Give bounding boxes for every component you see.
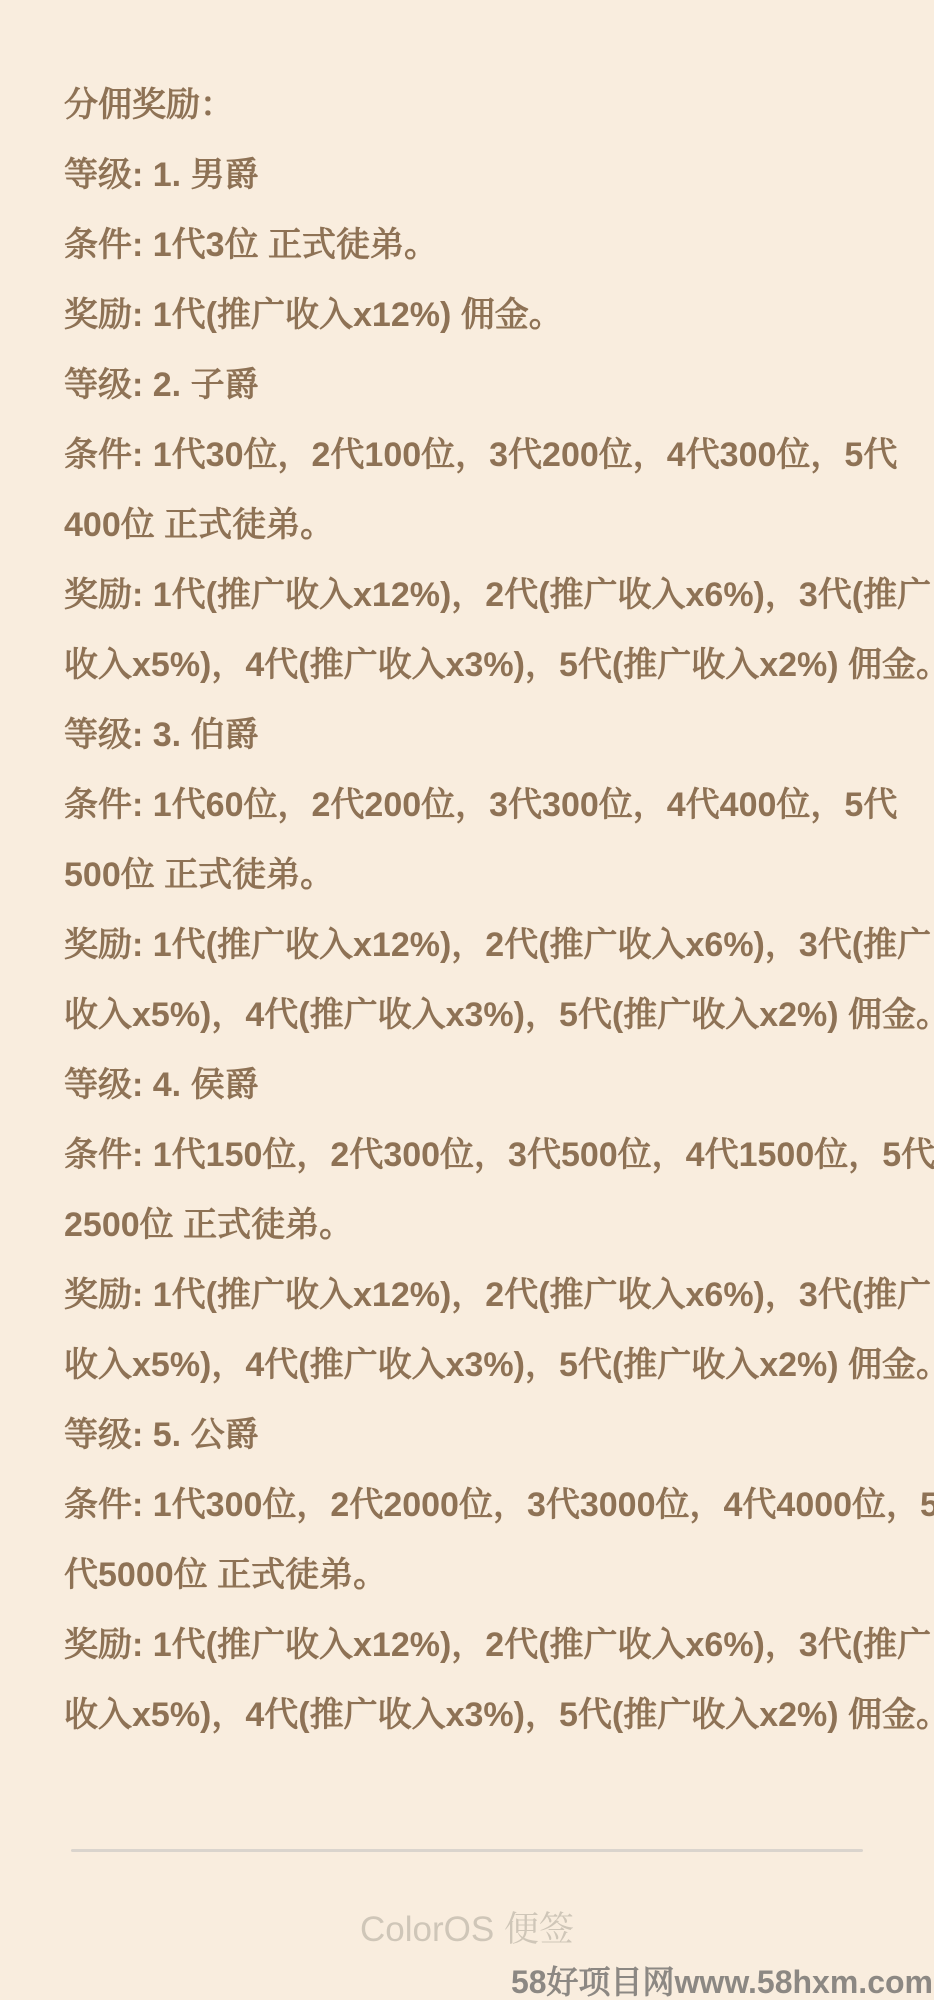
note-line: 收入x5%)，4代(推广收入x3%)，5代(推广收入x2%) 佣金。: [64, 1330, 904, 1400]
note-line: 500位 正式徒弟。: [64, 840, 904, 910]
note-line: 条件: 1代3位 正式徒弟。: [64, 210, 904, 280]
note-line: 奖励: 1代(推广收入x12%)，2代(推广收入x6%)，3代(推广: [64, 1610, 904, 1680]
note-line: 条件: 1代150位，2代300位，3代500位，4代1500位，5代: [64, 1120, 904, 1190]
footer-divider: [71, 1849, 863, 1852]
note-line: 奖励: 1代(推广收入x12%) 佣金。: [64, 280, 904, 350]
site-watermark: 58好项目网www.58hxm.com: [511, 1962, 933, 2000]
note-line: 400位 正式徒弟。: [64, 490, 904, 560]
note-line: 收入x5%)，4代(推广收入x3%)，5代(推广收入x2%) 佣金。: [64, 630, 904, 700]
note-line: 收入x5%)，4代(推广收入x3%)，5代(推广收入x2%) 佣金。: [64, 980, 904, 1050]
note-line: 条件: 1代60位，2代200位，3代300位，4代400位，5代: [64, 770, 904, 840]
note-line: 等级: 3. 伯爵: [64, 700, 904, 770]
note-line: 等级: 1. 男爵: [64, 140, 904, 210]
app-brand-label: ColorOS 便签: [0, 1908, 934, 1952]
note-line: 2500位 正式徒弟。: [64, 1190, 904, 1260]
note-line: 条件: 1代300位，2代2000位，3代3000位，4代4000位，5: [64, 1470, 904, 1540]
note-line: 奖励: 1代(推广收入x12%)，2代(推广收入x6%)，3代(推广: [64, 560, 904, 630]
note-line: 等级: 5. 公爵: [64, 1400, 904, 1470]
note-line: 收入x5%)，4代(推广收入x3%)，5代(推广收入x2%) 佣金。: [64, 1680, 904, 1750]
note-line: 分佣奖励：: [64, 70, 904, 140]
note-line: 条件: 1代30位，2代100位，3代200位，4代300位，5代: [64, 420, 904, 490]
note-line: 奖励: 1代(推广收入x12%)，2代(推广收入x6%)，3代(推广: [64, 910, 904, 980]
note-line: 代5000位 正式徒弟。: [64, 1540, 904, 1610]
note-line: 奖励: 1代(推广收入x12%)，2代(推广收入x6%)，3代(推广: [64, 1260, 904, 1330]
note-line: 等级: 2. 子爵: [64, 350, 904, 420]
note-line: 等级: 4. 侯爵: [64, 1050, 904, 1120]
note-content: 分佣奖励：等级: 1. 男爵条件: 1代3位 正式徒弟。奖励: 1代(推广收入x…: [64, 70, 904, 1750]
note-share-card: 分佣奖励：等级: 1. 男爵条件: 1代3位 正式徒弟。奖励: 1代(推广收入x…: [0, 0, 934, 2000]
